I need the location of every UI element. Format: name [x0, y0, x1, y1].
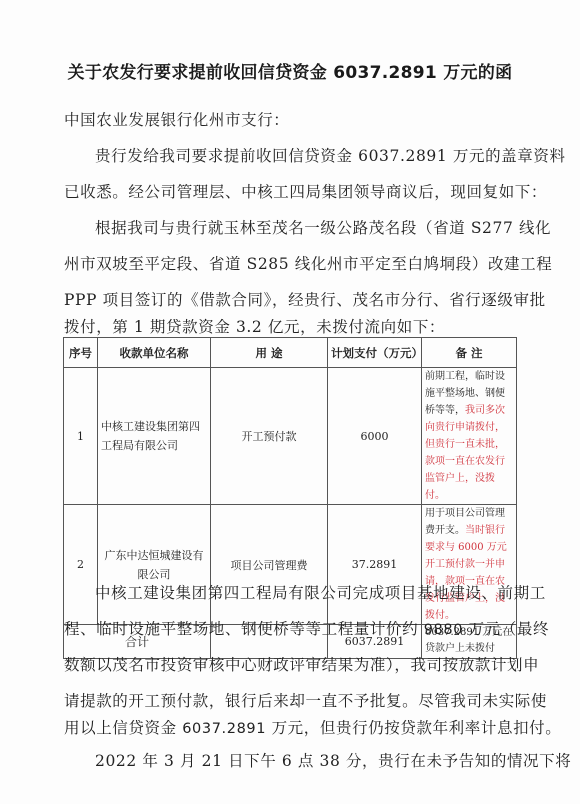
table-header-row: 序号 收款单位名称 用 途 计划支付（万元） 备 注 — [64, 338, 517, 368]
paragraph-2-line-1: 根据我司与贵行就玉林至茂名一级公路茂名段（省道 S277 线化 — [95, 216, 551, 238]
cell-index: 2 — [64, 505, 98, 625]
salutation: 中国农业发展银行化州市支行： — [64, 108, 289, 130]
paragraph-3-line-4: 请提款的开工预付款，银行后来却一直不予批复。尽管我司未实际使 — [64, 689, 547, 711]
paragraph-2-line-4: 拨付，第 1 期贷款资金 3.2 亿元，未拨付流向如下： — [64, 315, 445, 337]
text-segment: 万元（最终 — [463, 620, 549, 638]
header-index: 序号 — [64, 338, 98, 368]
cell-amount: 6000 — [328, 368, 422, 505]
amount-9880: 9880 — [424, 622, 463, 638]
header-payee: 收款单位名称 — [98, 338, 211, 368]
cell-purpose: 项目公司管理费 — [211, 505, 328, 625]
paragraph-1-line-1: 贵行发给我司要求提前收回信贷资金 6037.2891 万元的盖章资料 — [95, 144, 566, 166]
text-segment: 用以上信贷资金 — [64, 719, 182, 737]
paragraph-2-line-3: PPP 项目签订的《借款合同》，经贵行、茂名市分行、省行逐级审批 — [64, 288, 546, 310]
paragraph-3-line-5: 用以上信贷资金 6037.2891 万元，但贵行仍按贷款年利率计息扣付。 — [64, 716, 561, 738]
paragraph-1-line-2: 已收悉。经公司管理层、中核工四局集团领导商议后，现回复如下： — [64, 180, 547, 202]
note-red-text: 我司多次向贵行申请拨付，但贵行一直未批，款项一直在农发行监管户上，没拨付。 — [425, 405, 505, 501]
text-segment: 万元，但贵行仍按贷款年利率计息扣付。 — [266, 719, 561, 737]
header-amount: 计划支付（万元） — [328, 338, 422, 368]
paragraph-2-line-2: 州市双坡至平定段、省道 S285 线化州市平定至白鸠垌段）改建工程 — [64, 252, 552, 274]
document-title: 关于农发行要求提前收回信贷资金 6037.2891 万元的函 — [0, 58, 580, 83]
header-note: 备 注 — [422, 338, 517, 368]
cell-payee: 广东中达恒城建设有限公司 — [98, 505, 211, 625]
cell-amount: 37.2891 — [328, 505, 422, 625]
header-purpose: 用 途 — [211, 338, 328, 368]
cell-payee: 中核工建设集团第四工程局有限公司 — [98, 368, 211, 505]
note-red-text: 当时银行要求与 6000 万元开工预付款一并申请，款项一直在农发行监管户上，没拨… — [425, 525, 507, 621]
disbursement-table: 序号 收款单位名称 用 途 计划支付（万元） 备 注 1 中核工建设集团第四工程… — [63, 337, 517, 659]
document-page: 关于农发行要求提前收回信贷资金 6037.2891 万元的函 中国农业发展银行化… — [0, 0, 580, 804]
cell-index: 1 — [64, 368, 98, 505]
amount-6037: 6037.2891 — [182, 721, 266, 737]
table-row: 2 广东中达恒城建设有限公司 项目公司管理费 37.2891 用于项目公司管理费… — [64, 505, 517, 625]
cell-note: 前期工程，临时设施平整场地、钢便桥等等，我司多次向贵行申请拨付，但贵行一直未批，… — [422, 368, 517, 505]
table-row: 1 中核工建设集团第四工程局有限公司 开工预付款 6000 前期工程，临时设施平… — [64, 368, 517, 505]
paragraph-4-line-1: 2022 年 3 月 21 日下午 6 点 38 分，贵行在未予告知的情况下将 — [95, 749, 571, 771]
cell-purpose: 开工预付款 — [211, 368, 328, 505]
text-segment: 程、临时设施平整场地、钢便桥等等工程量计价约 — [64, 620, 424, 638]
paragraph-3-line-3: 数额以茂名市投资审核中心财政评审结果为准），我司按放款计划申 — [64, 653, 539, 675]
paragraph-3-line-2: 程、临时设施平整场地、钢便桥等等工程量计价约 9880 万元（最终 — [64, 617, 549, 639]
paragraph-3-line-1: 中核工建设集团第四工程局有限公司完成项目基地建设、前期工 — [95, 581, 546, 603]
cell-note: 用于项目公司管理费开支。当时银行要求与 6000 万元开工预付款一并申请，款项一… — [422, 505, 517, 625]
